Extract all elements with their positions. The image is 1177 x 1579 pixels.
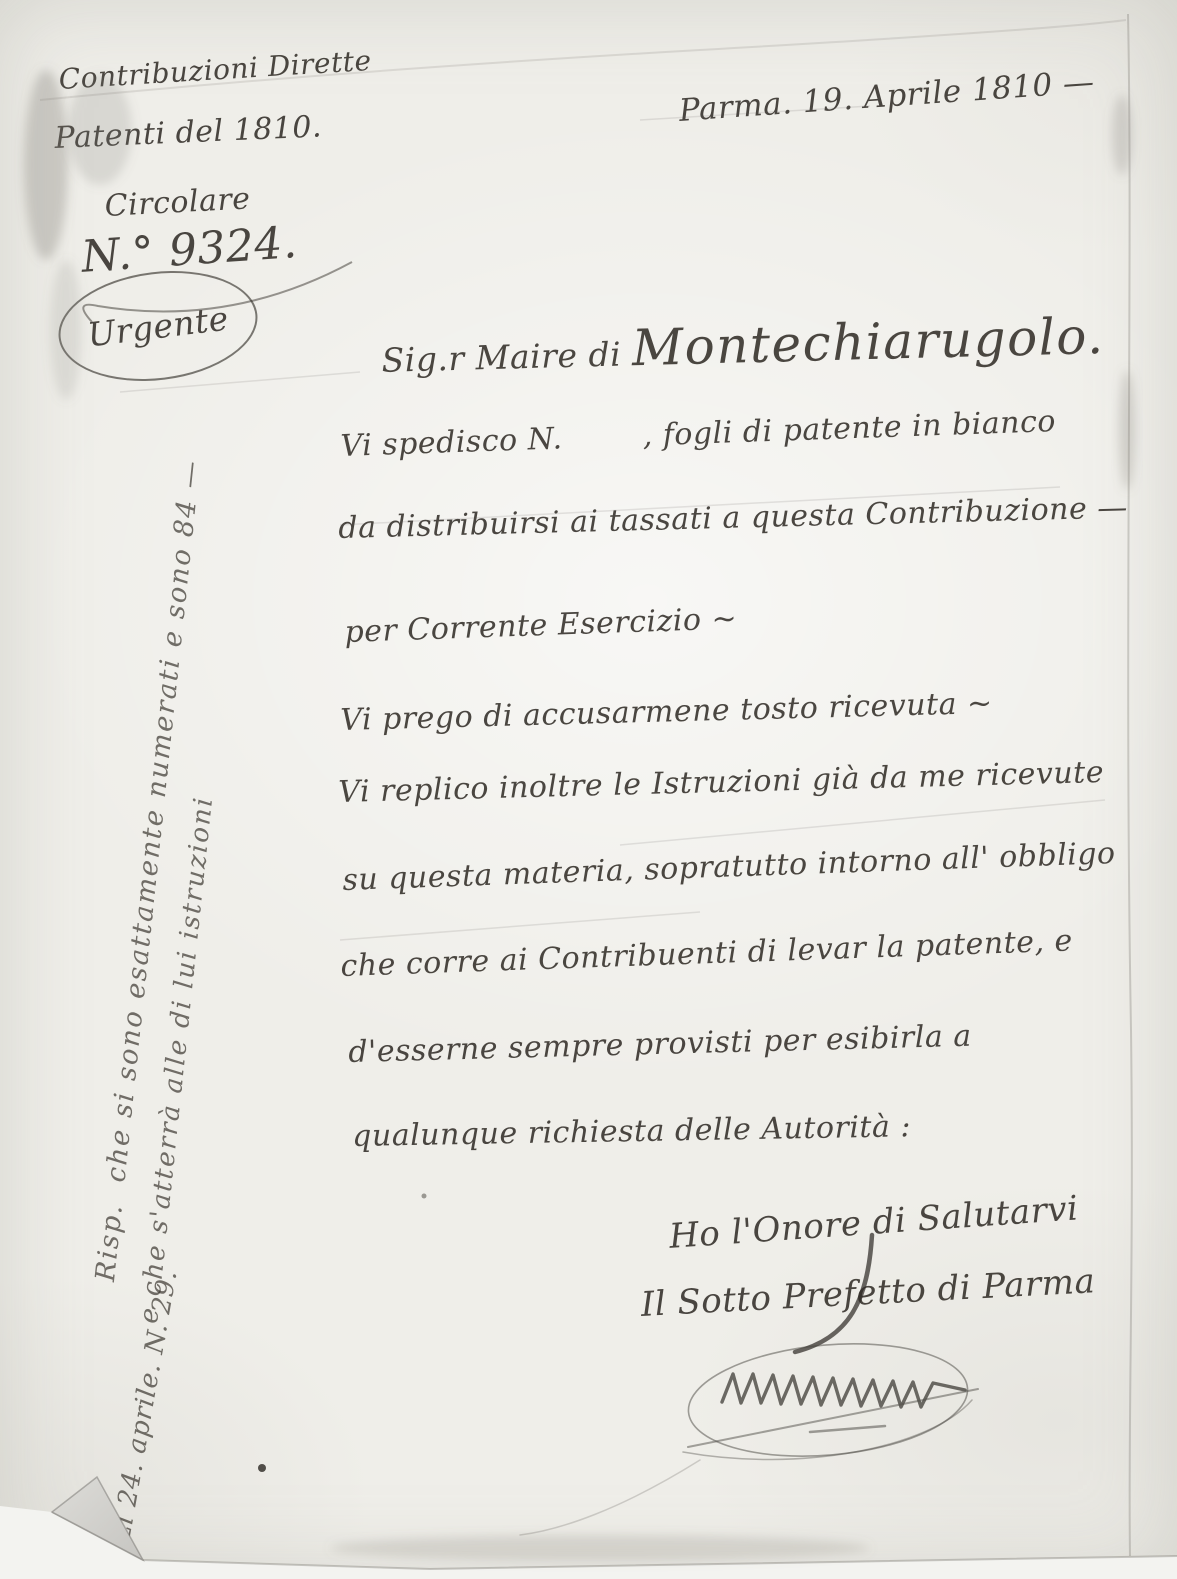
body-line-8: d'esserne sempre provisti per esibirla a <box>348 1022 972 1068</box>
salutation: Sig.r Maire di Montechiarugolo. <box>336 278 1106 414</box>
header-line-circolare: Circolare <box>104 184 251 222</box>
header-line-patenti: Patenti del 1810. <box>54 112 323 154</box>
body-line-6: su questa materia, sopratutto intorno al… <box>342 839 1116 896</box>
dateline: Parma. 19. Aprile 1810 — <box>678 67 1095 127</box>
body-line-7: che corre ai Contribuenti di levar la pa… <box>340 926 1073 982</box>
body-line-1: Vi spedisco N. , fogli di patente in bia… <box>340 407 1056 462</box>
body-line-9: qualunque richiesta delle Autorità : <box>352 1112 911 1152</box>
body-line-2: da distribuirsi ai tassati a questa Cont… <box>338 493 1128 544</box>
body-line-3: per Corrente Esercizio ~ <box>344 604 738 648</box>
salutation-name: Montechiarugolo. <box>631 307 1105 377</box>
closing-line-1: Ho l'Onore di Salutarvi <box>668 1191 1079 1254</box>
header-line-subject: Contribuzioni Dirette <box>58 47 372 94</box>
closing-line-2: Il Sotto Prefetto di Parma <box>640 1264 1096 1322</box>
body-line-5: Vi replico inoltre le Istruzioni già da … <box>338 758 1104 808</box>
salutation-prefix: Sig.r Maire di <box>381 334 632 380</box>
urgent-label: Urgente <box>86 301 231 351</box>
letter-page: Contribuzioni Dirette Patenti del 1810. … <box>0 0 1177 1579</box>
body-line-4: Vi prego di accusarmene tosto ricevuta ~ <box>340 689 993 736</box>
